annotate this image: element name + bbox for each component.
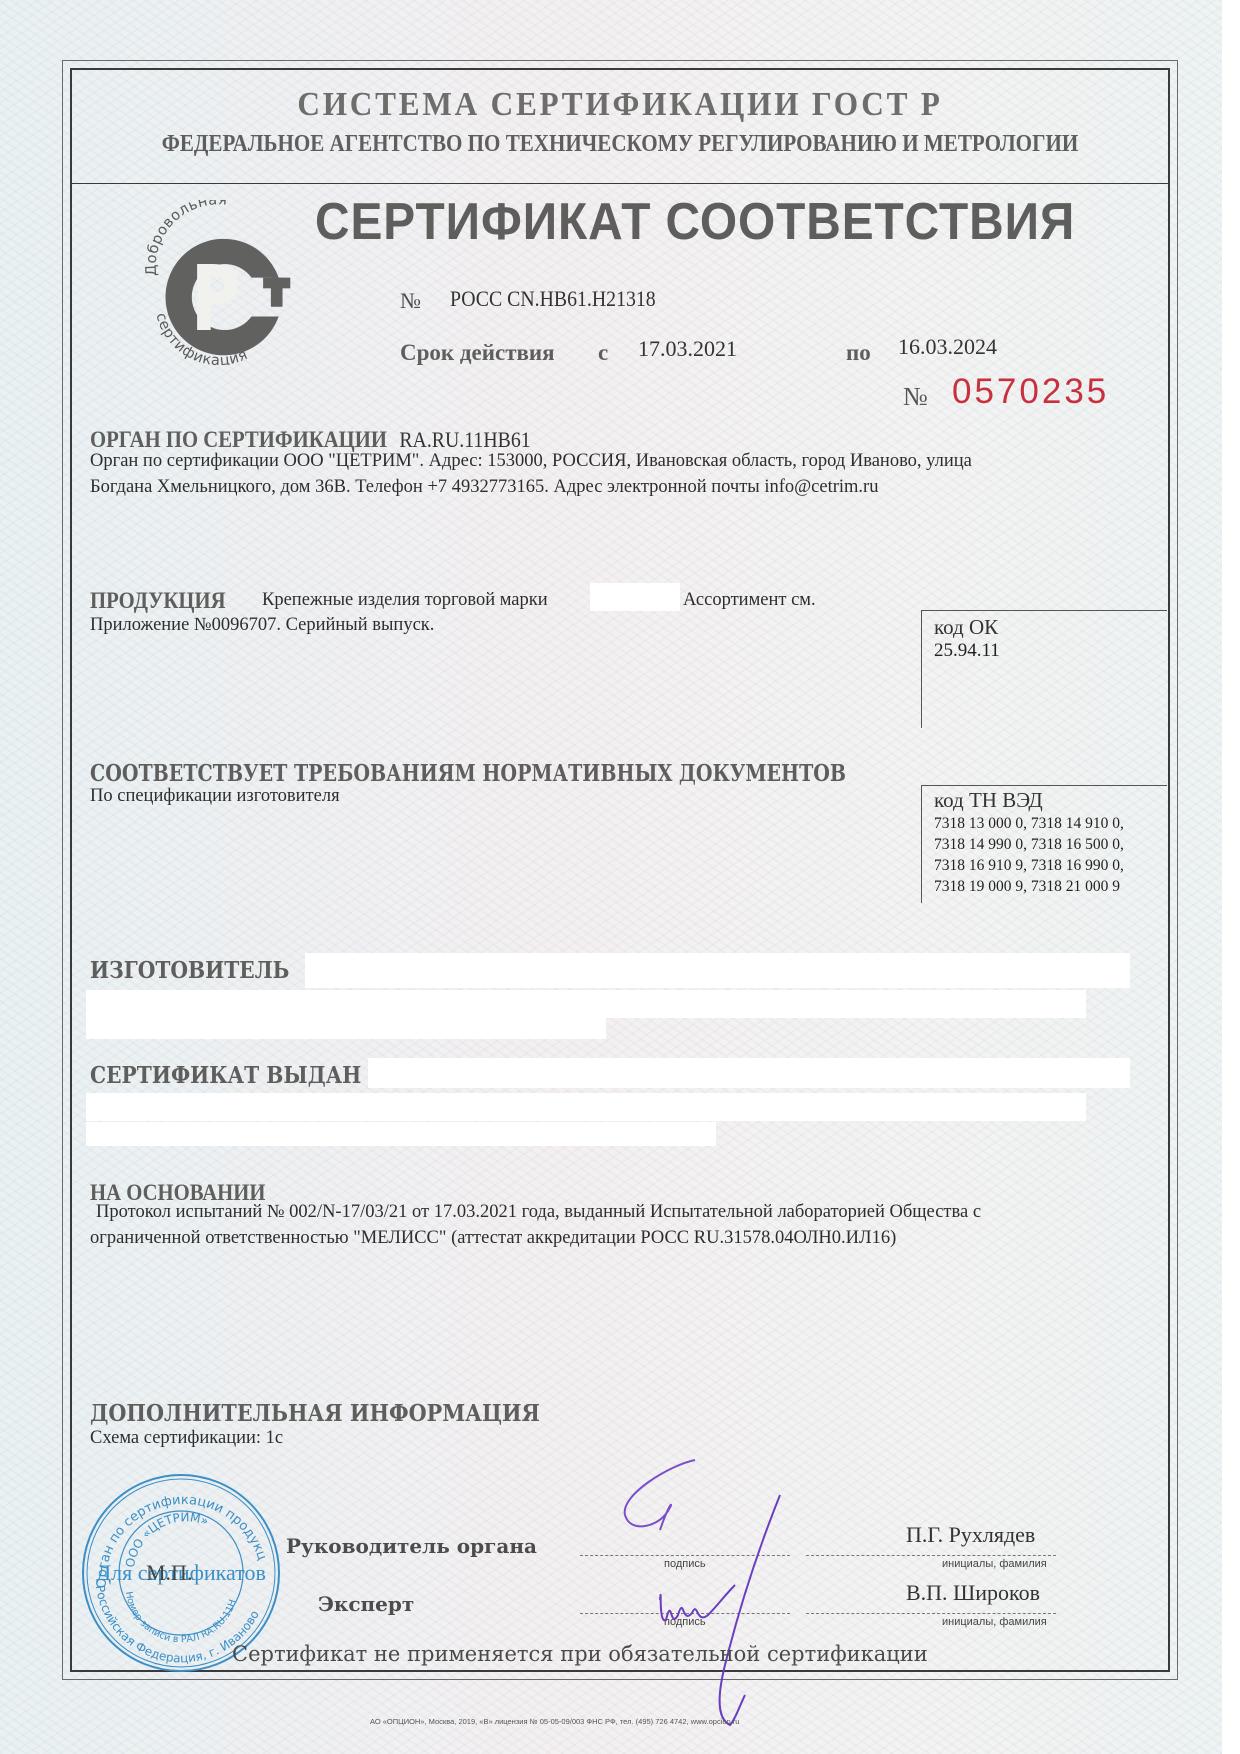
mp-label: М.П. xyxy=(146,1560,192,1586)
product-line-1b: Ассортимент см. xyxy=(683,590,816,611)
ok-code-label: код ОК xyxy=(934,615,1167,640)
redacted-manufacturer-address xyxy=(86,990,1086,1018)
additional-heading: ДОПОЛНИТЕЛЬНАЯ ИНФОРМАЦИЯ xyxy=(90,1400,540,1427)
product-heading: ПРОДУКЦИЯ xyxy=(90,588,226,614)
valid-from-label: с xyxy=(598,340,608,366)
number-label: № xyxy=(400,288,421,314)
validity-label: Срок действия xyxy=(400,340,555,366)
cert-body-heading: ОРГАН ПО СЕРТИФИКАЦИИ RA.RU.11НВ61 xyxy=(90,427,531,453)
expert-label: Эксперт xyxy=(318,1592,414,1616)
redacted-manufacturer-address-2 xyxy=(86,1015,606,1039)
product-line-1a: Крепежные изделия торговой марки xyxy=(262,590,548,611)
redacted-applicant-address xyxy=(86,1093,1086,1121)
head-name-line xyxy=(806,1555,1056,1556)
ok-code-value: 25.94.11 xyxy=(934,640,1167,662)
compliance-text: По спецификации изготовителя xyxy=(90,786,340,807)
issued-to-heading: СЕРТИФИКАТ ВЫДАН xyxy=(90,1062,361,1089)
rst-logo-icon: Добровольная сертификация xyxy=(135,200,300,365)
cert-body-heading-text: ОРГАН ПО СЕРТИФИКАЦИИ xyxy=(90,427,387,452)
basis-line-1: Протокол испытаний № 002/N-17/03/21 от 1… xyxy=(96,1202,981,1223)
certificate-number: РОСС CN.НВ61.Н21318 xyxy=(450,286,656,312)
tnved-code-label: код ТН ВЭД xyxy=(934,788,1167,813)
tnved-line: 7318 14 990 0, 7318 16 500 0, xyxy=(934,834,1167,855)
system-title: СИСТЕМА СЕРТИФИКАЦИИ ГОСТ Р xyxy=(114,86,1126,124)
signature-icon xyxy=(600,1455,800,1745)
redacted-brand xyxy=(590,583,680,611)
tnved-code-box: код ТН ВЭД 7318 13 000 0, 7318 14 910 0,… xyxy=(921,785,1167,903)
product-line-2: Приложение №0096707. Серийный выпуск. xyxy=(90,615,434,636)
head-name: П.Г. Рухлядев xyxy=(906,1522,1035,1548)
footer-note: Сертификат не применяется при обязательн… xyxy=(232,1642,928,1666)
header-divider xyxy=(70,183,1170,184)
head-name-caption: инициалы, фамилия xyxy=(942,1558,1047,1570)
serial-number: 0570235 xyxy=(952,372,1109,412)
additional-text: Схема сертификации: 1с xyxy=(90,1428,283,1449)
valid-to-label: по xyxy=(846,340,871,366)
valid-to-date: 16.03.2024 xyxy=(898,334,997,360)
redacted-applicant-address-2 xyxy=(86,1122,716,1146)
valid-from-date: 17.03.2021 xyxy=(638,336,737,362)
tnved-line: 7318 16 910 9, 7318 16 990 0, xyxy=(934,855,1167,876)
expert-name: В.П. Широков xyxy=(906,1580,1040,1606)
redacted-manufacturer-name xyxy=(305,953,1130,988)
expert-name-line xyxy=(806,1613,1056,1614)
cert-body-line-1: Орган по сертификации ООО "ЦЕТРИМ". Адре… xyxy=(90,451,972,472)
cert-body-line-2: Богдана Хмельницкого, дом 36В. Телефон +… xyxy=(90,477,878,498)
certificate-title: СЕРТИФИКАТ СООТВЕТСТВИЯ xyxy=(315,192,1088,252)
redacted-applicant-name xyxy=(368,1058,1130,1088)
agency-title: ФЕДЕРАЛЬНОЕ АГЕНТСТВО ПО ТЕХНИЧЕСКОМУ РЕ… xyxy=(147,130,1093,158)
compliance-heading: СООТВЕТСТВУЕТ ТРЕБОВАНИЯМ НОРМАТИВНЫХ ДО… xyxy=(90,760,846,787)
tnved-line: 7318 13 000 0, 7318 14 910 0, xyxy=(934,813,1167,834)
tnved-line: 7318 19 000 9, 7318 21 000 9 xyxy=(934,876,1167,897)
cert-body-code: RA.RU.11НВ61 xyxy=(399,427,530,452)
ok-code-box: код ОК 25.94.11 xyxy=(921,610,1167,728)
printer-imprint: АО «ОПЦИОН», Москва, 2019, «В» лицензия … xyxy=(370,1717,739,1726)
serial-label: № xyxy=(903,382,928,412)
manufacturer-heading: ИЗГОТОВИТЕЛЬ xyxy=(90,957,289,984)
expert-name-caption: инициалы, фамилия xyxy=(942,1616,1047,1628)
head-label: Руководитель органа xyxy=(286,1534,537,1558)
basis-line-2: ограниченной ответственностью "МЕЛИСС" (… xyxy=(90,1228,896,1249)
